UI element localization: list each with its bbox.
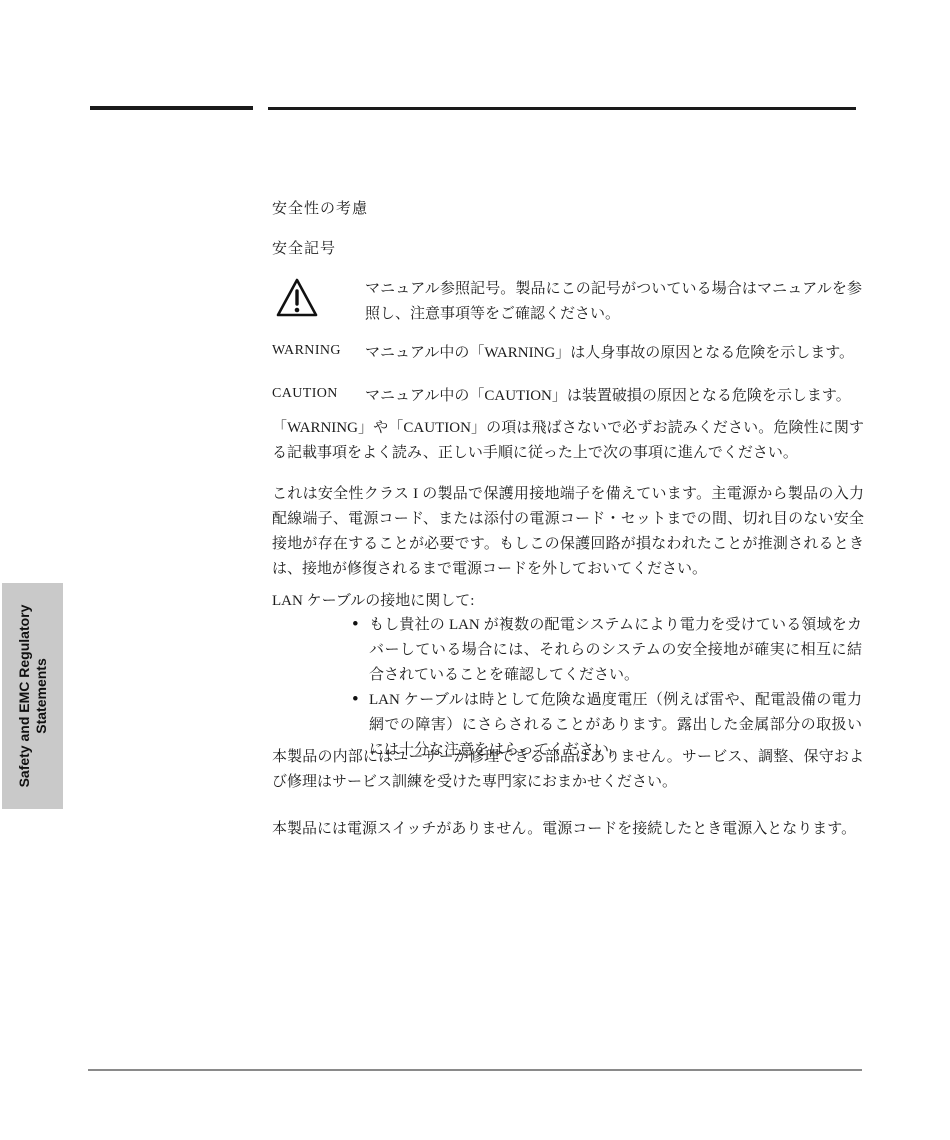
document-page: Safety and EMC Regulatory Statements 安全性…	[0, 0, 950, 1140]
footer-rule	[88, 1069, 862, 1071]
caution-text: マニュアル中の「CAUTION」は装置破損の原因となる危険を示します。	[365, 384, 851, 405]
lan-grounding-intro: LAN ケーブルの接地に関して:	[272, 589, 474, 614]
lan-bullet-list: もし貴社の LAN が複数の配電システムにより電力を受けている領域をカバーしてい…	[352, 613, 862, 763]
header-rule-right	[268, 107, 856, 110]
paragraph-read-first: 「WARNING」や「CAUTION」の項は飛ばさないで必ずお読みください。危険…	[272, 416, 864, 466]
paragraph-no-user-parts: 本製品の内部にはユーザーが修理できる部品はありません。サービス、調整、保守および…	[272, 745, 864, 795]
section-heading-safety: 安全性の考慮	[272, 197, 368, 218]
warning-label: WARNING	[272, 343, 341, 359]
caution-label: CAUTION	[272, 386, 338, 402]
chapter-tab: Safety and EMC Regulatory Statements	[2, 583, 63, 809]
paragraph-safety-class: これは安全性クラス I の製品で保護用接地端子を備えています。主電源から製品の入…	[272, 482, 864, 582]
lan-bullet-item-1: もし貴社の LAN が複数の配電システムにより電力を受けている領域をカバーしてい…	[352, 613, 862, 688]
paragraph-no-power-switch: 本製品には電源スイッチがありません。電源コードを接続したとき電源入となります。	[272, 817, 856, 842]
subsection-heading-symbols: 安全記号	[272, 237, 336, 258]
chapter-tab-label-line1: Safety and EMC Regulatory	[16, 583, 33, 809]
chapter-tab-label: Safety and EMC Regulatory Statements	[16, 583, 50, 809]
warning-text: マニュアル中の「WARNING」は人身事故の原因となる危険を示します。	[365, 341, 854, 362]
header-rule-left	[90, 106, 253, 110]
chapter-tab-label-line2: Statements	[33, 583, 50, 809]
warning-triangle-icon	[275, 277, 319, 319]
symbol-description: マニュアル参照記号。製品にこの記号がついている場合はマニュアルを参照し、注意事項…	[365, 277, 862, 327]
